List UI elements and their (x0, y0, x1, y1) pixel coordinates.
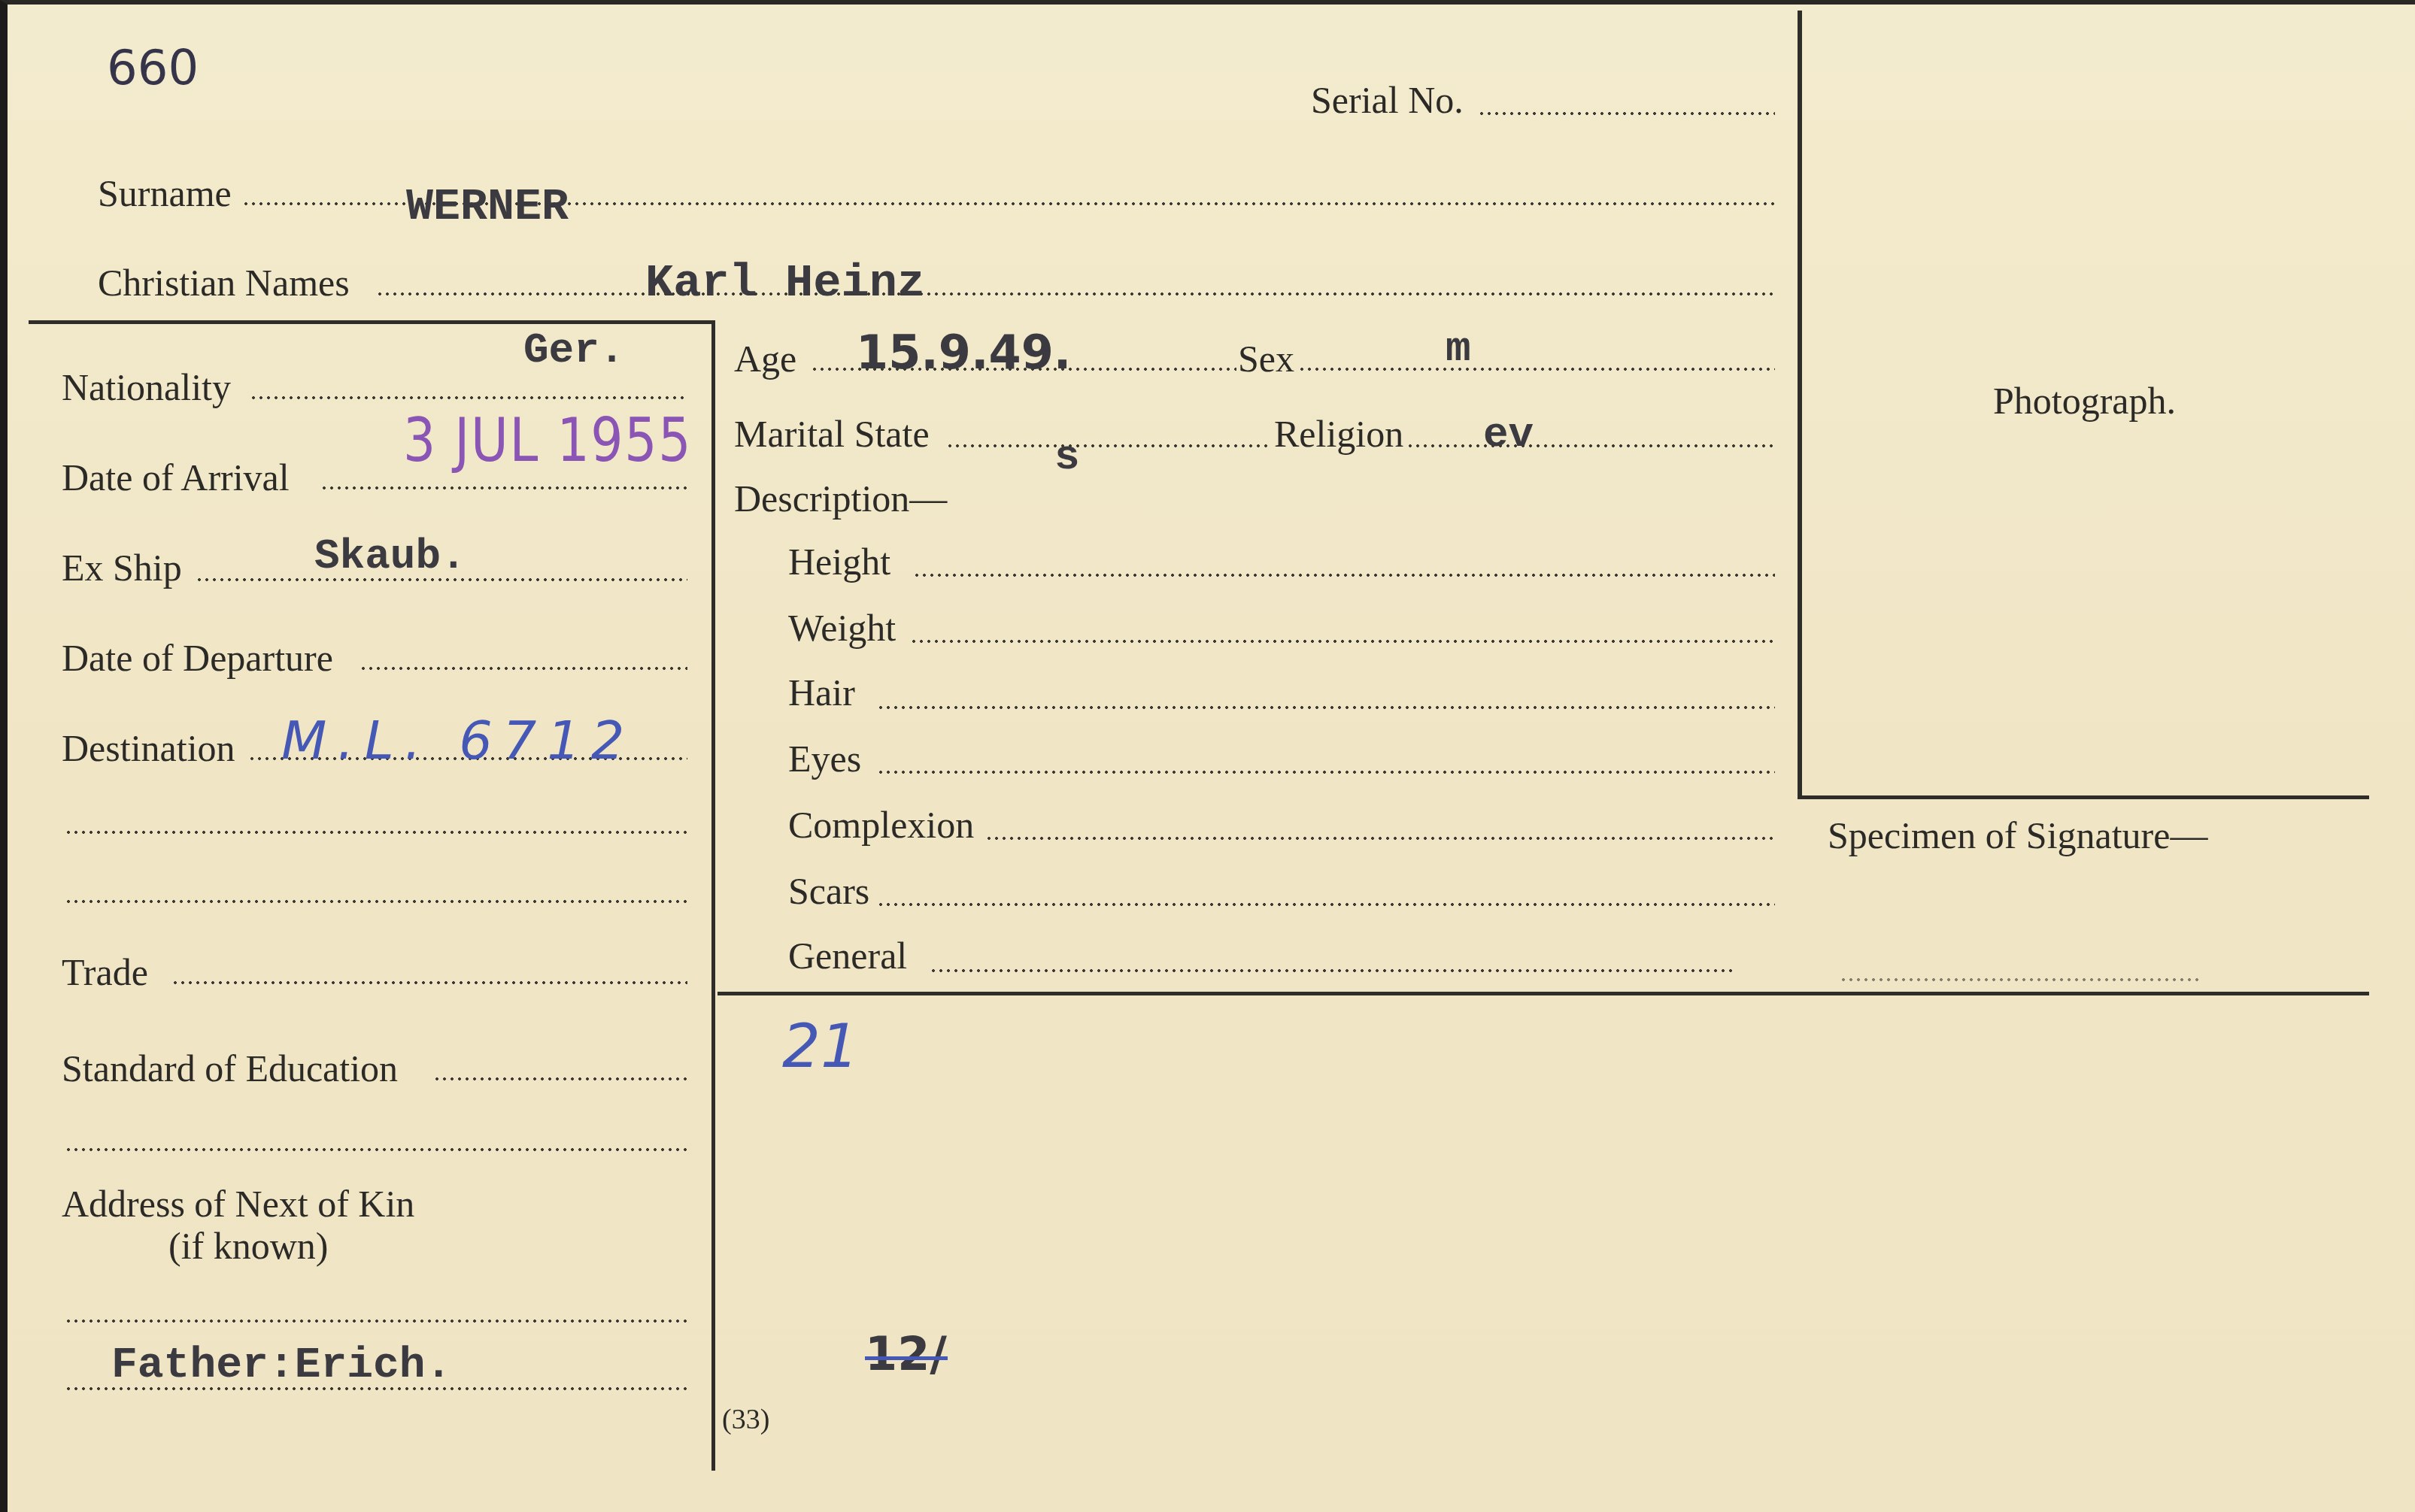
serial-no-label: Serial No. (1311, 81, 1464, 119)
card-number: 660 (107, 41, 199, 96)
crossed-number-text: 12/ (865, 1326, 947, 1381)
age-value: 15.9.49. (856, 329, 1071, 376)
education-extra-line[interactable] (65, 1147, 687, 1152)
left-vertical-rule (711, 320, 715, 1471)
crossed-out-number: 12/ (865, 1331, 947, 1377)
date-of-arrival-stamp: 3 JUL 1955 (403, 411, 692, 471)
religion-label: Religion (1274, 415, 1403, 453)
next-of-kin-line-2[interactable] (65, 1386, 687, 1391)
scars-label: Scars (788, 872, 869, 910)
sex-label: Sex (1238, 340, 1294, 377)
height-field[interactable] (913, 573, 1775, 577)
height-label: Height (788, 543, 890, 580)
trade-label: Trade (62, 953, 148, 991)
weight-label: Weight (788, 609, 896, 647)
date-of-departure-label: Date of Departure (62, 639, 333, 677)
handwritten-number-21: 21 (782, 1017, 859, 1077)
sex-field[interactable] (1298, 367, 1775, 371)
photo-left-rule (1798, 11, 1802, 798)
signature-label: Specimen of Signature— (1828, 817, 2207, 854)
date-of-arrival-label: Date of Arrival (62, 459, 290, 496)
middle-bottom-rule (718, 992, 2369, 995)
next-of-kin-label: Address of Next of Kin (62, 1185, 414, 1223)
surname-label: Surname (98, 174, 232, 212)
hair-field[interactable] (877, 705, 1775, 710)
education-field[interactable] (433, 1077, 687, 1081)
marital-state-field[interactable] (946, 444, 1271, 448)
trade-field[interactable] (171, 980, 687, 985)
complexion-label: Complexion (788, 806, 974, 844)
date-of-departure-field[interactable] (360, 666, 687, 671)
destination-label: Destination (62, 729, 235, 767)
immigration-card: 660 Serial No. Surname WERNER Christian … (0, 0, 2415, 1512)
ex-ship-value: Skaub. (314, 535, 466, 577)
photograph-area[interactable] (1805, 12, 2369, 794)
religion-field[interactable] (1406, 444, 1775, 448)
ex-ship-label: Ex Ship (62, 549, 182, 586)
weight-field[interactable] (910, 639, 1775, 644)
description-label: Description— (734, 480, 947, 517)
sex-value: m (1446, 328, 1471, 370)
next-of-kin-value: Father:Erich. (111, 1344, 451, 1388)
next-of-kin-sublabel: (if known) (168, 1227, 328, 1265)
christian-names-label: Christian Names (98, 264, 350, 301)
destination-value: M.L. 6712 (281, 714, 635, 767)
next-of-kin-line-1[interactable] (65, 1319, 687, 1323)
general-label: General (788, 937, 907, 974)
complexion-field[interactable] (985, 836, 1775, 841)
serial-no-field[interactable] (1478, 111, 1775, 116)
nationality-value: Ger. (523, 329, 624, 371)
scars-field[interactable] (877, 902, 1775, 907)
destination-extra-line-2[interactable] (65, 899, 687, 904)
hair-label: Hair (788, 674, 855, 711)
nationality-field[interactable] (250, 395, 687, 400)
photo-bottom-rule (1798, 795, 2369, 799)
destination-extra-line-1[interactable] (65, 830, 687, 835)
age-label: Age (734, 340, 796, 377)
christian-names-field[interactable] (376, 292, 1775, 296)
left-top-rule (29, 320, 714, 324)
surname-value: WERNER (406, 185, 569, 230)
strike-through-mark (865, 1356, 948, 1360)
signature-field[interactable] (1840, 977, 2201, 982)
eyes-field[interactable] (877, 770, 1775, 774)
marital-state-label: Marital State (734, 415, 930, 453)
education-label: Standard of Education (62, 1050, 398, 1087)
form-code: (33) (722, 1403, 769, 1436)
ex-ship-field[interactable] (196, 577, 687, 582)
religion-value: ev (1483, 414, 1534, 456)
eyes-label: Eyes (788, 740, 861, 777)
marital-state-value: s (1054, 436, 1080, 478)
general-field[interactable] (930, 968, 1734, 973)
christian-names-value: Karl Heinz (645, 260, 925, 307)
nationality-label: Nationality (62, 368, 231, 406)
date-of-arrival-field[interactable] (320, 486, 687, 490)
